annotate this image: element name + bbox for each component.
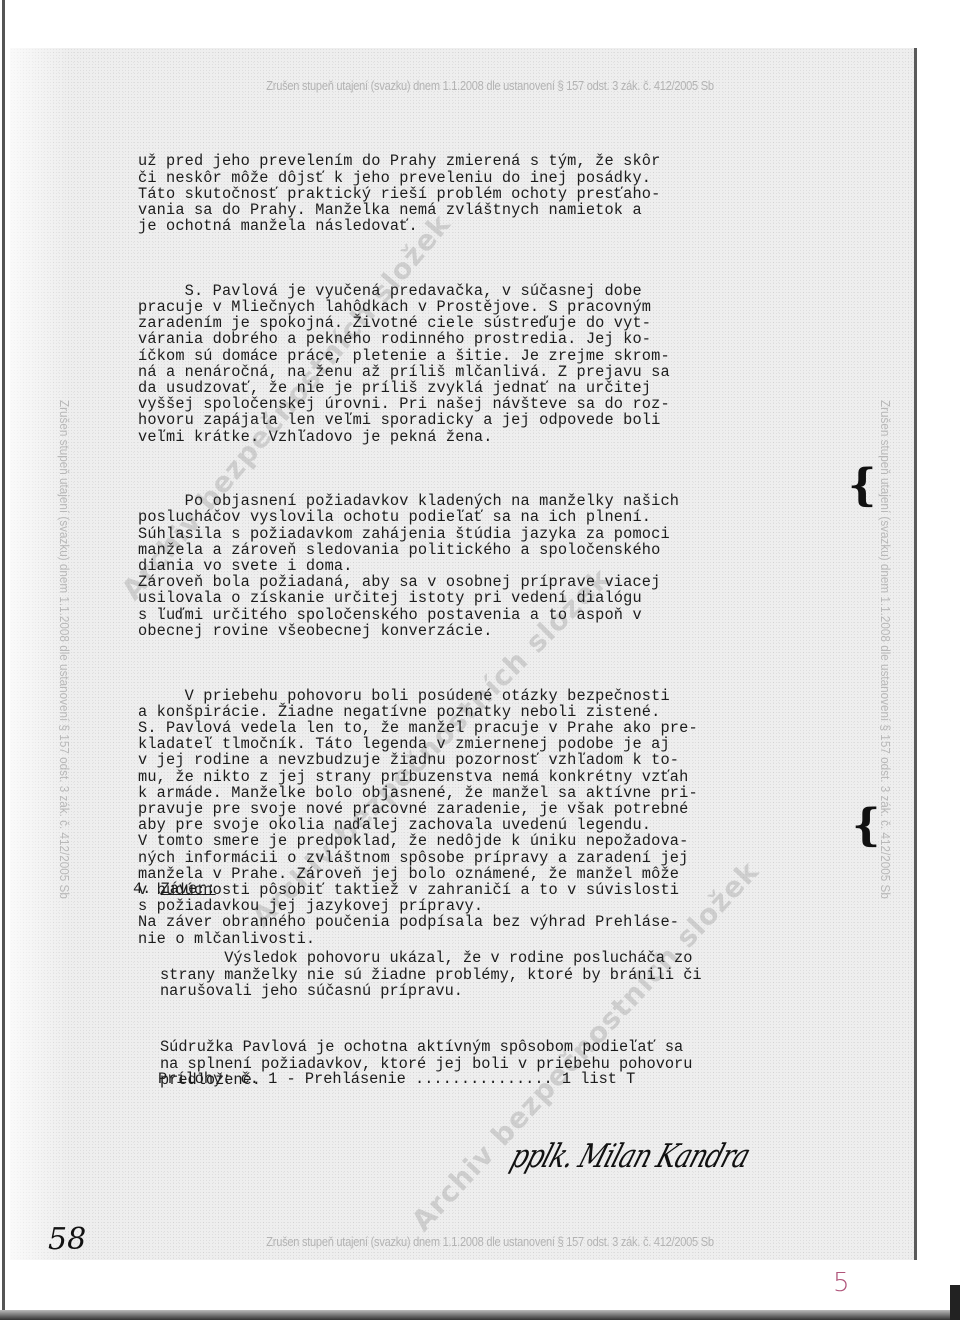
declassification-stamp-header: Zrušen stupeň utajení (svazku) dnem 1.1.… (252, 78, 728, 93)
conclusion-paragraph: Výsledok pohovoru ukázal, že v rodine po… (160, 950, 840, 999)
margin-bracket-mark: { (852, 800, 880, 851)
margin-bracket-mark: { (848, 460, 876, 511)
section-title: Záver: (161, 880, 216, 898)
attachments-line: Prílohy: č. 1 - Prehlásenie ............… (158, 1070, 635, 1088)
body-paragraph: S. Pavlová je vyučená predavačka, v súča… (138, 283, 838, 445)
handwritten-page-mark: 58 (48, 1222, 86, 1257)
declassification-stamp-left-margin: Zrušen stupeň utajení (svazku) dnem 1.1.… (57, 400, 72, 899)
report-body: už pred jeho prevelením do Prahy zmieren… (138, 121, 838, 963)
scan-edge-right (950, 1285, 960, 1320)
section-heading: 4. Záver: (133, 880, 216, 898)
scan-edge-left (2, 0, 5, 1310)
body-paragraph: už pred jeho prevelením do Prahy zmieren… (138, 153, 838, 234)
handwritten-signature: pplk. Milan Kandra (506, 1138, 754, 1176)
body-paragraph: Po objasnení požiadavkov kladených na ma… (138, 493, 838, 639)
declassification-stamp-footer: Zrušen stupeň utajení (svazku) dnem 1.1.… (252, 1234, 728, 1249)
scan-edge-bottom (0, 1310, 960, 1320)
folio-number: 5 (833, 1268, 850, 1298)
body-paragraph: V priebehu pohovoru boli posúdené otázky… (138, 688, 838, 947)
section-number: 4. (133, 880, 151, 898)
